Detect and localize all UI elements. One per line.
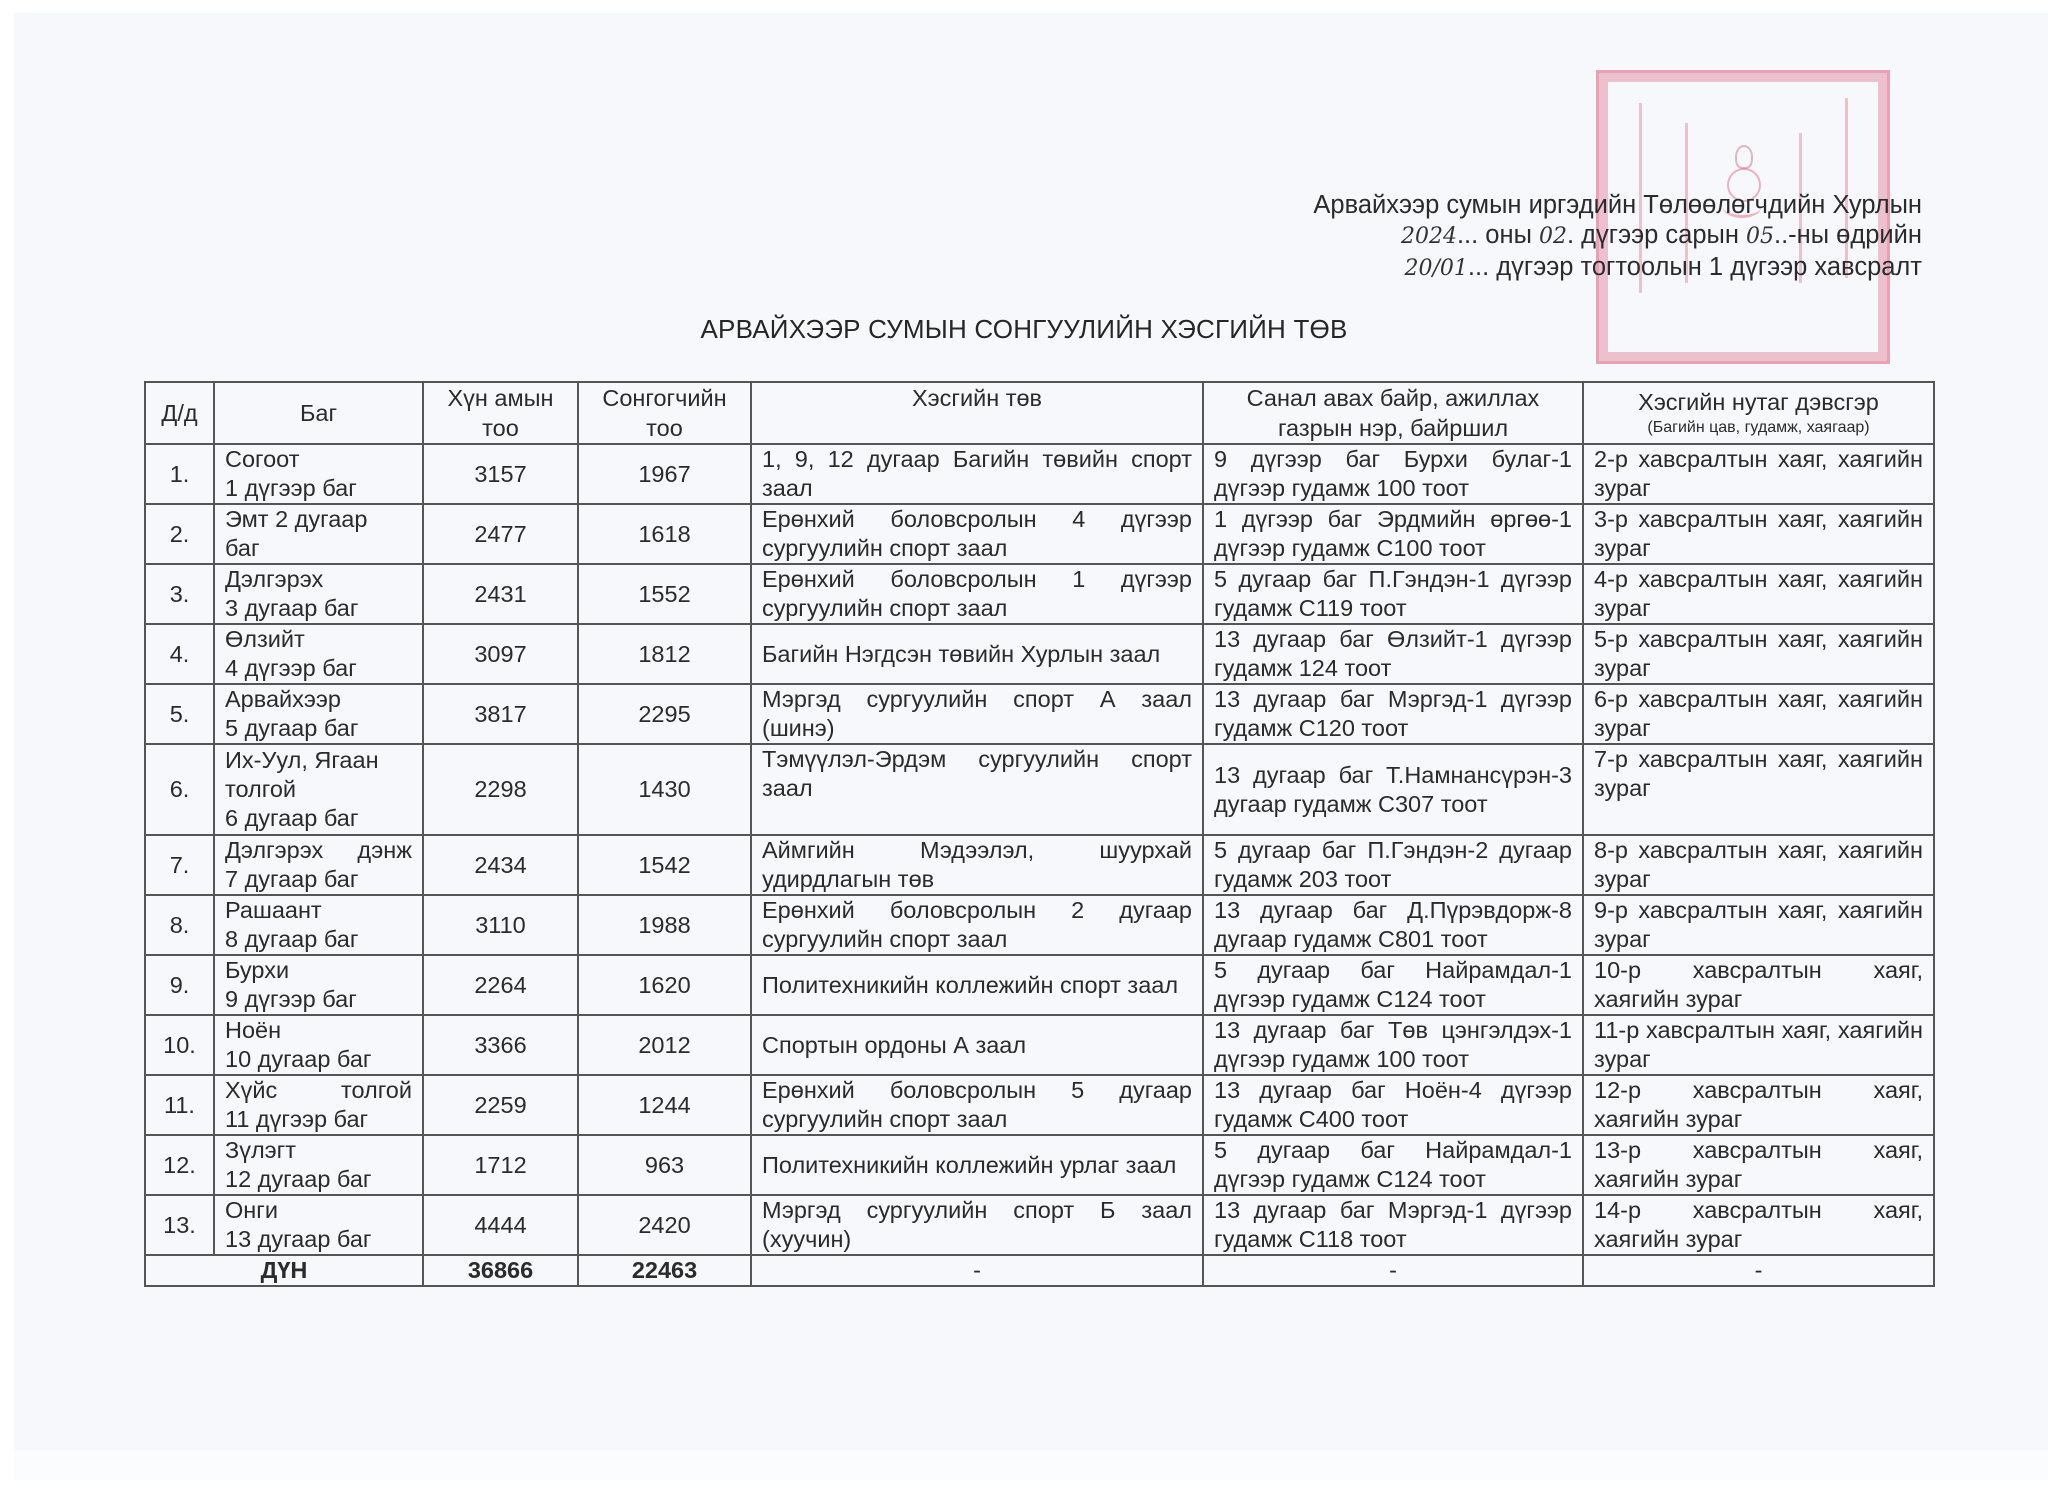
- voter-count: 2295: [578, 684, 751, 744]
- total-label: ДҮН: [145, 1255, 423, 1286]
- population-count: 2298: [423, 744, 578, 835]
- bag-name: Дэлгэрэх3 дугаар баг: [214, 564, 423, 624]
- voter-count: 1244: [578, 1075, 751, 1135]
- polling-location: 1 дүгээр баг Эрдмийн өргөө-1 дүгээр гуда…: [1203, 504, 1583, 564]
- territory-reference: 5-р хавсралтын хаяг, хаягийн зураг: [1583, 624, 1934, 684]
- handwritten-day: 05: [1746, 224, 1774, 249]
- total-territory: -: [1583, 1255, 1934, 1286]
- bag-name: Рашаант8 дугаар баг: [214, 895, 423, 955]
- voter-count: 1620: [578, 955, 751, 1015]
- table-row: 12.Зүлэгт12 дугаар баг1712963Политехники…: [145, 1135, 1934, 1195]
- polling-location: 5 дугаар баг П.Гэндэн-1 дүгээр гудамж С1…: [1203, 564, 1583, 624]
- annotation-line-1: Арвайхээр сумын иргэдийн Төлөөлөгчдийн Х…: [1313, 190, 1922, 220]
- polling-location: 5 дугаар баг Найрамдал-1 дүгээр гудамж С…: [1203, 1135, 1583, 1195]
- total-center: -: [751, 1255, 1203, 1286]
- polling-location: 5 дугаар баг П.Гэндэн-2 дугаар гудамж 20…: [1203, 835, 1583, 895]
- polling-center: Ерөнхий боловсролын 4 дүгээр сургуулийн …: [751, 504, 1203, 564]
- polling-location: 13 дугаар баг Мэргэд-1 дүгээр гудамж С11…: [1203, 1195, 1583, 1255]
- population-count: 2259: [423, 1075, 578, 1135]
- header-voters: Сонгогчийн тоо: [578, 382, 751, 444]
- population-count: 2477: [423, 504, 578, 564]
- voter-count: 1552: [578, 564, 751, 624]
- polling-location: 13 дугаар баг Ноён-4 дүгээр гудамж С400 …: [1203, 1075, 1583, 1135]
- header-center: Хэсгийн төв: [751, 382, 1203, 444]
- voter-count: 2420: [578, 1195, 751, 1255]
- bag-name: Бурхи9 дүгээр баг: [214, 955, 423, 1015]
- voter-count: 1967: [578, 444, 751, 504]
- table-header-row: Д/д Баг Хүн амын тоо Сонгогчийн тоо Хэсг…: [145, 382, 1934, 444]
- population-count: 3366: [423, 1015, 578, 1075]
- territory-reference: 12-р хавсралтын хаяг, хаягийн зураг: [1583, 1075, 1934, 1135]
- handwritten-resolution-number: 20/01: [1405, 256, 1468, 281]
- bag-name: Арвайхээр5 дугаар баг: [214, 684, 423, 744]
- bag-name: Онги13 дугаар баг: [214, 1195, 423, 1255]
- population-count: 3097: [423, 624, 578, 684]
- population-count: 3817: [423, 684, 578, 744]
- polling-center: Аймгийн Мэдээлэл, шуурхай удирдлагын төв: [751, 835, 1203, 895]
- row-number: 9.: [145, 955, 214, 1015]
- header-territory: Хэсгийн нутаг дэвсгэр (Багийн цав, гудам…: [1583, 382, 1934, 444]
- voter-count: 963: [578, 1135, 751, 1195]
- bag-name: Дэлгэрэх дэнж7 дугаар баг: [214, 835, 423, 895]
- territory-reference: 6-р хавсралтын хаяг, хаягийн зураг: [1583, 684, 1934, 744]
- header-population: Хүн амын тоо: [423, 382, 578, 444]
- table-row: 7.Дэлгэрэх дэнж7 дугаар баг24341542Аймги…: [145, 835, 1934, 895]
- row-number: 4.: [145, 624, 214, 684]
- row-number: 12.: [145, 1135, 214, 1195]
- header-bag: Баг: [214, 382, 423, 444]
- row-number: 7.: [145, 835, 214, 895]
- polling-center: Ерөнхий боловсролын 5 дугаар сургуулийн …: [751, 1075, 1203, 1135]
- row-number: 1.: [145, 444, 214, 504]
- territory-reference: 10-р хавсралтын хаяг, хаягийн зураг: [1583, 955, 1934, 1015]
- row-number: 3.: [145, 564, 214, 624]
- table-row: 1.Согоот1 дүгээр баг315719671, 9, 12 дуг…: [145, 444, 1934, 504]
- polling-center: Спортын ордоны А заал: [751, 1015, 1203, 1075]
- voter-count: 2012: [578, 1015, 751, 1075]
- header-territory-note: (Багийн цав, гудамж, хаягаар): [1594, 417, 1923, 439]
- polling-location: 13 дугаар баг Мэргэд-1 дүгээр гудамж С12…: [1203, 684, 1583, 744]
- voter-count: 1430: [578, 744, 751, 835]
- table-total-row: ДҮН 36866 22463 - - -: [145, 1255, 1934, 1286]
- row-number: 13.: [145, 1195, 214, 1255]
- polling-center: Политехникийн коллежийн спорт заал: [751, 955, 1203, 1015]
- row-number: 5.: [145, 684, 214, 744]
- territory-reference: 9-р хавсралтын хаяг, хаягийн зураг: [1583, 895, 1934, 955]
- table-row: 10.Ноён10 дугаар баг33662012Спортын ордо…: [145, 1015, 1934, 1075]
- territory-reference: 2-р хавсралтын хаяг, хаягийн зураг: [1583, 444, 1934, 504]
- population-count: 2431: [423, 564, 578, 624]
- annotation-line-2: 2024... оны 02. дүгээр сарын 05..-ны өдр…: [1313, 220, 1922, 252]
- bag-name: Хүйс толгой11 дүгээр баг: [214, 1075, 423, 1135]
- voter-count: 1988: [578, 895, 751, 955]
- row-number: 10.: [145, 1015, 214, 1075]
- polling-center: Политехникийн коллежийн урлаг заал: [751, 1135, 1203, 1195]
- table-row: 8.Рашаант8 дугаар баг31101988Ерөнхий бол…: [145, 895, 1934, 955]
- polling-center: Багийн Нэгдсэн төвийн Хурлын заал: [751, 624, 1203, 684]
- territory-reference: 8-р хавсралтын хаяг, хаягийн зураг: [1583, 835, 1934, 895]
- table-row: 13.Онги13 дугаар баг44442420Мэргэд сургу…: [145, 1195, 1934, 1255]
- population-count: 3157: [423, 444, 578, 504]
- polling-center: Ерөнхий боловсролын 1 дүгээр сургуулийн …: [751, 564, 1203, 624]
- polling-location: 13 дугаар баг Д.Пүрэвдорж-8 дугаар гудам…: [1203, 895, 1583, 955]
- appendix-annotation: Арвайхээр сумын иргэдийн Төлөөлөгчдийн Х…: [1313, 190, 1922, 284]
- polling-center: Мэргэд сургуулийн спорт Б заал (хуучин): [751, 1195, 1203, 1255]
- territory-reference: 7-р хавсралтын хаяг, хаягийн зураг: [1583, 744, 1934, 835]
- territory-reference: 13-р хавсралтын хаяг, хаягийн зураг: [1583, 1135, 1934, 1195]
- table-row: 2.Эмт 2 дугаарбаг24771618Ерөнхий боловср…: [145, 504, 1934, 564]
- polling-centers-table: Д/д Баг Хүн амын тоо Сонгогчийн тоо Хэсг…: [144, 381, 1935, 1287]
- row-number: 11.: [145, 1075, 214, 1135]
- row-number: 8.: [145, 895, 214, 955]
- population-count: 3110: [423, 895, 578, 955]
- territory-reference: 11-р хавсралтын хаяг, хаягийн зураг: [1583, 1015, 1934, 1075]
- table-row: 5.Арвайхээр5 дугаар баг38172295Мэргэд су…: [145, 684, 1934, 744]
- bag-name: Эмт 2 дугаарбаг: [214, 504, 423, 564]
- header-location: Санал авах байр, ажиллах газрын нэр, бай…: [1203, 382, 1583, 444]
- annotation-line-3: 20/01... дүгээр тогтоолын 1 дүгээр хавср…: [1313, 252, 1922, 284]
- scan-margin: [14, 1450, 2048, 1480]
- header-no: Д/д: [145, 382, 214, 444]
- polling-location: 5 дугаар баг Найрамдал-1 дүгээр гудамж С…: [1203, 955, 1583, 1015]
- polling-center: Ерөнхий боловсролын 2 дугаар сургуулийн …: [751, 895, 1203, 955]
- polling-location: 9 дүгээр баг Бурхи булаг-1 дүгээр гудамж…: [1203, 444, 1583, 504]
- population-count: 2264: [423, 955, 578, 1015]
- population-count: 4444: [423, 1195, 578, 1255]
- polling-center: Мэргэд сургуулийн спорт А заал (шинэ): [751, 684, 1203, 744]
- total-voters: 22463: [578, 1255, 751, 1286]
- polling-location: 13 дугаар баг Төв цэнгэлдэх-1 дүгээр гуд…: [1203, 1015, 1583, 1075]
- table-row: 3.Дэлгэрэх3 дугаар баг24311552Ерөнхий бо…: [145, 564, 1934, 624]
- row-number: 6.: [145, 744, 214, 835]
- polling-center: 1, 9, 12 дугаар Багийн төвийн спорт заал: [751, 444, 1203, 504]
- voter-count: 1542: [578, 835, 751, 895]
- voter-count: 1618: [578, 504, 751, 564]
- bag-name: Өлзийт4 дүгээр баг: [214, 624, 423, 684]
- bag-name: Ноён10 дугаар баг: [214, 1015, 423, 1075]
- territory-reference: 14-р хавсралтын хаяг, хаягийн зураг: [1583, 1195, 1934, 1255]
- polling-center: Тэмүүлэл-Эрдэм сургуулийн спорт заал: [751, 744, 1203, 835]
- document-title: АРВАЙХЭЭР СУМЫН СОНГУУЛИЙН ХЭСГИЙН ТӨВ: [0, 314, 2048, 345]
- table-row: 11.Хүйс толгой11 дүгээр баг22591244Ерөнх…: [145, 1075, 1934, 1135]
- bag-name: Зүлэгт12 дугаар баг: [214, 1135, 423, 1195]
- bag-name: Согоот1 дүгээр баг: [214, 444, 423, 504]
- table-row: 6.Их-Уул, Ягаантолгой6 дугаар баг2298143…: [145, 744, 1934, 835]
- total-location: -: [1203, 1255, 1583, 1286]
- polling-location: 13 дугаар баг Өлзийт-1 дүгээр гудамж 124…: [1203, 624, 1583, 684]
- bag-name: Их-Уул, Ягаантолгой6 дугаар баг: [214, 744, 423, 835]
- table-row: 9.Бурхи9 дүгээр баг22641620Политехникийн…: [145, 955, 1934, 1015]
- polling-location: 13 дугаар баг Т.Намнансүрэн-3 дугаар гуд…: [1203, 744, 1583, 835]
- voter-count: 1812: [578, 624, 751, 684]
- population-count: 1712: [423, 1135, 578, 1195]
- handwritten-month: 02: [1539, 224, 1567, 249]
- handwritten-year: 2024: [1401, 224, 1457, 249]
- population-count: 2434: [423, 835, 578, 895]
- total-population: 36866: [423, 1255, 578, 1286]
- table-row: 4.Өлзийт4 дүгээр баг30971812Багийн Нэгдс…: [145, 624, 1934, 684]
- territory-reference: 3-р хавсралтын хаяг, хаягийн зураг: [1583, 504, 1934, 564]
- row-number: 2.: [145, 504, 214, 564]
- territory-reference: 4-р хавсралтын хаяг, хаягийн зураг: [1583, 564, 1934, 624]
